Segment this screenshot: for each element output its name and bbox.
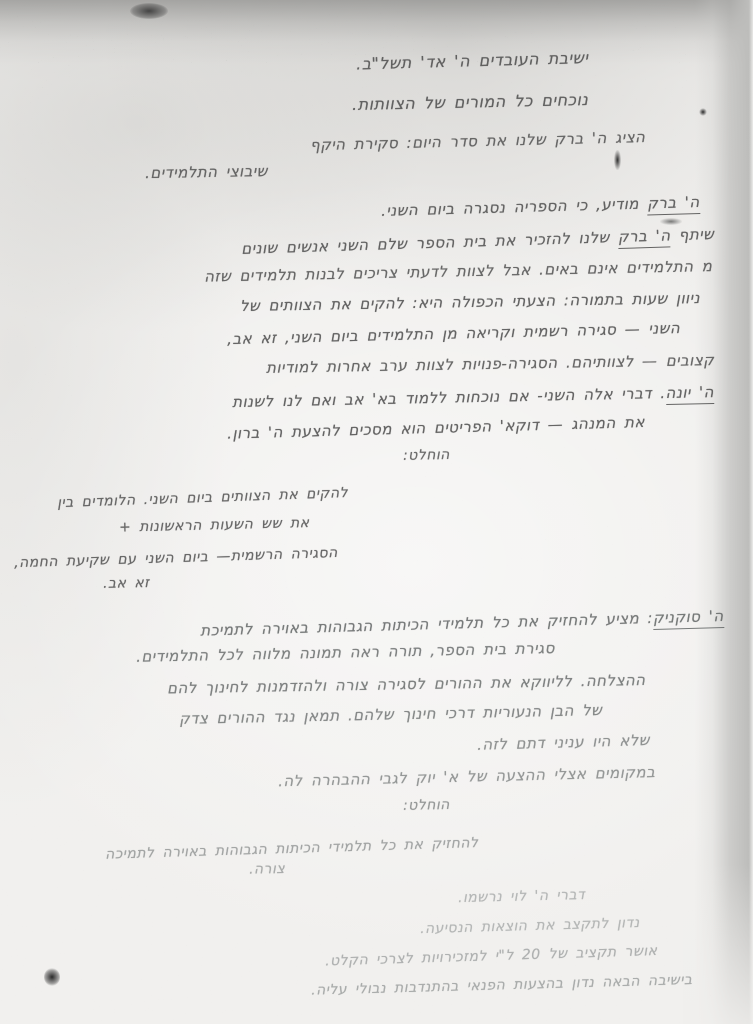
handwritten-line-decision: צורה.: [249, 861, 285, 878]
handwritten-line: אושר תקציב של 20 ל"י למזכירויות לצרכי הק…: [325, 943, 658, 969]
handwritten-line: סגירת בית הספר, תורה ראה תמונה מלווה לכל…: [136, 639, 555, 666]
line-text: השני — סגירה רשמית וקריאה מן התלמידים בי…: [227, 319, 680, 348]
line-text: מודיע, כי הספריה נסגרה ביום השני.: [381, 194, 648, 219]
handwritten-line: ה' יונה. דברי אלה השני- אם נוכחות ללמוד …: [232, 383, 714, 411]
scanned-page: ישיבת העובדים ה' אד' תשל"ב. נוכחים כל המ…: [0, 0, 753, 1024]
smudge-right-margin: [660, 218, 682, 225]
ink-blob-bottom-left: [44, 968, 60, 986]
line-text: ישיבת העובדים ה' אד' תשל"ב.: [355, 48, 588, 73]
line-text: . דברי אלה השני- אם נוכחות ללמוד בא' אב …: [232, 384, 666, 411]
handwritten-line-agenda: הציג ה' ברק שלנו את סדר היום: סקירת היקף: [310, 128, 646, 154]
line-text: את שש השעות הראשונות +: [119, 515, 310, 536]
smudge-top-left: [130, 3, 168, 19]
decision-heading-2: הוחלט:: [403, 797, 450, 814]
heading-text: הוחלט:: [403, 447, 450, 464]
line-text: להקים את הצוותים ביום השני. הלומדים בין: [57, 485, 348, 511]
handwritten-line: בישיבה הבאה נדון בהצעות הפנאי בהתנדבות נ…: [310, 972, 692, 999]
handwritten-line-attendees: נוכחים כל המורים של הצוותות.: [352, 90, 589, 114]
line-text: ההצלחה. לליווקא את ההורים לסגירה צורה ול…: [166, 671, 645, 697]
ink-dot-right-margin: [699, 108, 707, 116]
page-edge-shadow-fade: [683, 864, 753, 1024]
handwritten-line-proposal: ה' סוקניק: מציע להחזיק את כל תלמידי הכית…: [200, 607, 724, 640]
handwritten-line-decision: להקים את הצוותים ביום השני. הלומדים בין: [57, 485, 348, 511]
page-edge-shadow: [695, 0, 753, 1024]
heading-text: הוחלט:: [403, 797, 450, 814]
handwritten-line: נדון לתקצב את הוצאות הנסיעה.: [420, 915, 640, 937]
line-text: קצובים — לצוותיהם. הסגירה-פנויות לצוות ע…: [266, 351, 715, 377]
handwritten-line: מ התלמידים אינם באים. אבל לצוות לדעתי צר…: [204, 257, 713, 286]
underlined-name: ה' ברק: [647, 193, 700, 215]
handwritten-line-decision: זא אב.: [103, 575, 150, 592]
line-text: של הבן הנעוריות דרכי חינוך שלהם. תמאן נג…: [179, 701, 603, 728]
underlined-name: ה' יונה: [665, 383, 714, 405]
handwritten-line: ההצלחה. לליווקא את ההורים לסגירה צורה ול…: [166, 671, 645, 697]
line-text: נדון לתקצב את הוצאות הנסיעה.: [420, 915, 640, 937]
line-text: להחזיק את כל תלמידי הכיתות הגבוהות באויר…: [104, 835, 478, 863]
scan-noise-texture: [0, 0, 753, 1024]
handwritten-line-date: ישיבת העובדים ה' אד' תשל"ב.: [355, 48, 588, 73]
line-text: הסגירה הרשמית— ביום השני עם שקיעת החמה,: [14, 545, 338, 571]
line-text: נוכחים כל המורים של הצוותות.: [352, 90, 589, 114]
handwritten-line: השני — סגירה רשמית וקריאה מן התלמידים בי…: [227, 319, 680, 348]
line-text: שיבוצי התלמידים.: [145, 162, 268, 182]
handwritten-line: שלא היו עניני דתם לזה.: [477, 731, 650, 754]
line-text: אושר תקציב של 20 ל"י למזכירויות לצרכי הק…: [325, 943, 658, 969]
underlined-name: ה' ברק: [618, 226, 671, 249]
handwritten-line: במקומים אצלי ההצעה של א' יוק לגבי ההבהרה…: [278, 763, 656, 790]
line-text: הציג ה' ברק שלנו את סדר היום: סקירת היקף: [310, 128, 646, 154]
handwritten-line: ניוון שעות בתמורה: הצעתי הכפולה היא: להק…: [240, 289, 700, 315]
line-text: זא אב.: [103, 575, 150, 592]
line-text: בישיבה הבאה נדון בהצעות הפנאי בהתנדבות נ…: [310, 972, 692, 999]
line-text: שלא היו עניני דתם לזה.: [477, 731, 650, 754]
line-text: צורה.: [249, 861, 285, 878]
line-text: שלנו להזכיר את בית הספר שלם השני אנשים ש…: [241, 228, 618, 258]
dark-dash-mark: [614, 150, 621, 170]
line-text: סגירת בית הספר, תורה ראה תמונה מלווה לכל…: [136, 639, 555, 666]
line-text: את המנהג — דוקא' הפריטים הוא מסכים להצעת…: [227, 413, 645, 443]
decision-heading-1: הוחלט:: [403, 447, 450, 464]
underlined-name: ה' סוקניק: [653, 607, 724, 630]
handwritten-line-decision: להחזיק את כל תלמידי הכיתות הגבוהות באויר…: [104, 835, 478, 863]
handwritten-line-decision: הסגירה הרשמית— ביום השני עם שקיעת החמה,: [14, 545, 338, 571]
handwritten-line-announcement: ה' ברק מודיע, כי הספריה נסגרה ביום השני.: [381, 193, 700, 220]
handwritten-line: שיתף ה' ברק שלנו להזכיר את בית הספר שלם …: [241, 225, 714, 258]
handwritten-line: דברי ה' לוי נרשמו.: [458, 887, 586, 906]
line-text: שיתף: [670, 225, 714, 244]
line-text: ניוון שעות בתמורה: הצעתי הכפולה היא: להק…: [240, 289, 700, 315]
handwritten-line: את המנהג — דוקא' הפריטים הוא מסכים להצעת…: [227, 413, 645, 443]
handwritten-line: של הבן הנעוריות דרכי חינוך שלהם. תמאן נג…: [179, 701, 603, 728]
line-text: דברי ה' לוי נרשמו.: [458, 887, 586, 906]
line-text: במקומים אצלי ההצעה של א' יוק לגבי ההבהרה…: [278, 763, 656, 790]
handwritten-line-decision: את שש השעות הראשונות +: [119, 515, 310, 536]
line-text: מ התלמידים אינם באים. אבל לצוות לדעתי צר…: [204, 257, 713, 286]
handwritten-line: שיבוצי התלמידים.: [145, 162, 268, 182]
handwritten-line: קצובים — לצוותיהם. הסגירה-פנויות לצוות ע…: [266, 351, 715, 377]
line-text: : מציע להחזיק את כל תלמידי הכיתות הגבוהו…: [200, 609, 653, 640]
